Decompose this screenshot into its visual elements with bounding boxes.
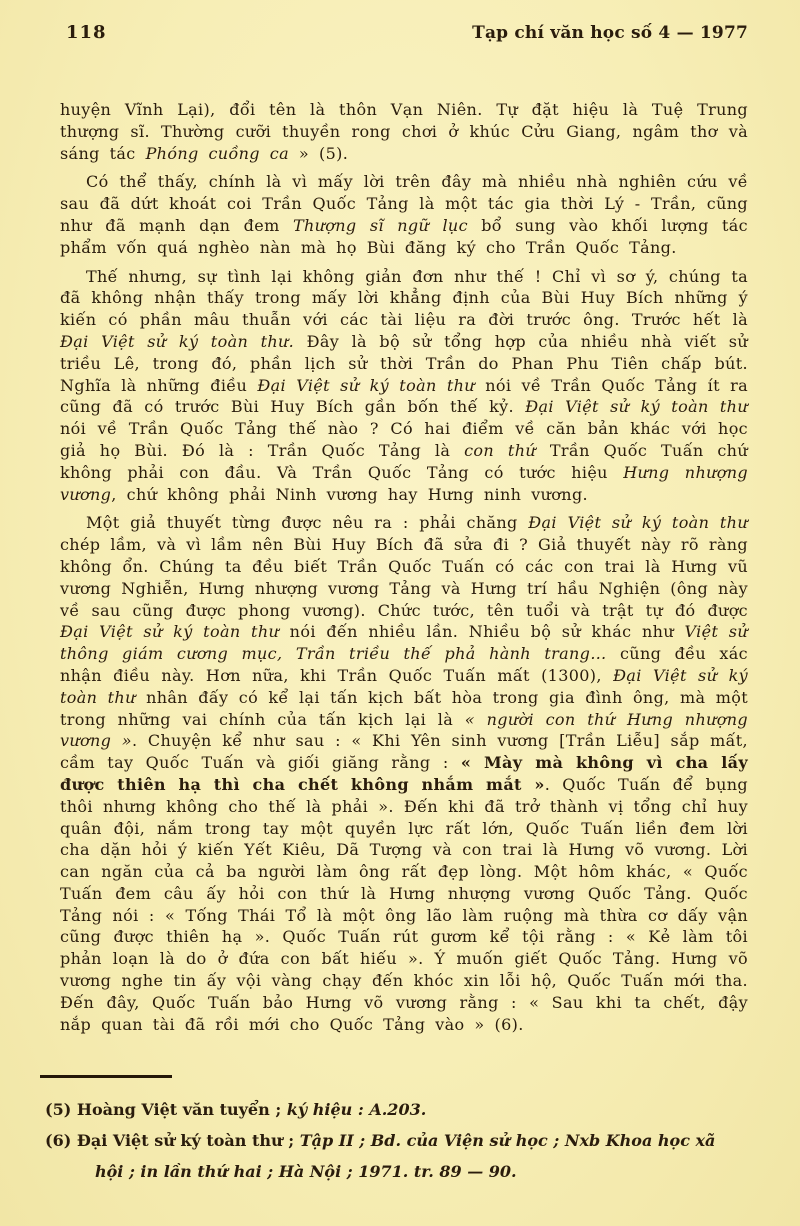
paragraph: Có thể thấy, chính là vì mấy lời trên đâ… <box>60 171 748 258</box>
journal-page: 118 Tạp chí văn học số 4 — 1977 huyện Vĩ… <box>0 0 800 1226</box>
text-run: ký hiệu : A.203. <box>287 1100 426 1119</box>
text-run: chép lầm, và vì lầm nên Bùi Huy Bích đã … <box>60 535 748 619</box>
text-run: . Quốc Tuấn để bụng thôi nhưng không cho… <box>60 775 748 1034</box>
text-run: , chứ không phải Ninh vương hay Hưng nin… <box>111 485 588 504</box>
page-number: 118 <box>66 22 107 43</box>
text-run: Thế nhưng, sự tình lại không giản đơn nh… <box>60 267 748 330</box>
footnote: (5) Hoàng Việt văn tuyển ; ký hiệu : A.2… <box>45 1094 738 1125</box>
text-run: Đại Việt sử ký toàn thư <box>528 513 748 532</box>
journal-title: Tạp chí văn học số 4 — 1977 <box>472 23 748 43</box>
paragraph: huyện Vĩnh Lại), đổi tên là thôn Vạn Niê… <box>60 99 748 164</box>
text-run: nói đến nhiều lần. Nhiều bộ sử khác như <box>279 622 684 641</box>
paragraph: Thế nhưng, sự tình lại không giản đơn nh… <box>60 266 748 506</box>
footnote-separator <box>40 1075 172 1078</box>
text-run: Đại Việt sử ký toàn thư <box>257 376 475 395</box>
text-run: Đại Việt sử ký toàn thư. <box>60 332 294 351</box>
text-run: Thượng sĩ ngữ lục <box>293 216 468 235</box>
text-run: Một giả thuyết từng được nêu ra : phải c… <box>86 513 528 532</box>
text-run: (6) Đại Việt sử ký toàn thư ; <box>45 1131 300 1150</box>
article-body: huyện Vĩnh Lại), đổi tên là thôn Vạn Niê… <box>60 99 748 1035</box>
text-run: con thứ <box>464 441 536 460</box>
text-run: Đại Việt sử ký toàn thư <box>60 622 279 641</box>
paragraph: Một giả thuyết từng được nêu ra : phải c… <box>60 512 748 1035</box>
text-run: » (5). <box>289 144 348 163</box>
text-run: Phóng cuồng ca <box>146 144 289 163</box>
footnote: (6) Đại Việt sử ký toàn thư ; Tập II ; B… <box>45 1125 738 1187</box>
page-header: 118 Tạp chí văn học số 4 — 1977 <box>60 22 748 43</box>
text-run: (5) Hoàng Việt văn tuyển ; <box>45 1100 287 1119</box>
text-run: Đại Việt sử ký toàn thư <box>525 397 748 416</box>
footnotes: (5) Hoàng Việt văn tuyển ; ký hiệu : A.2… <box>45 1094 738 1187</box>
